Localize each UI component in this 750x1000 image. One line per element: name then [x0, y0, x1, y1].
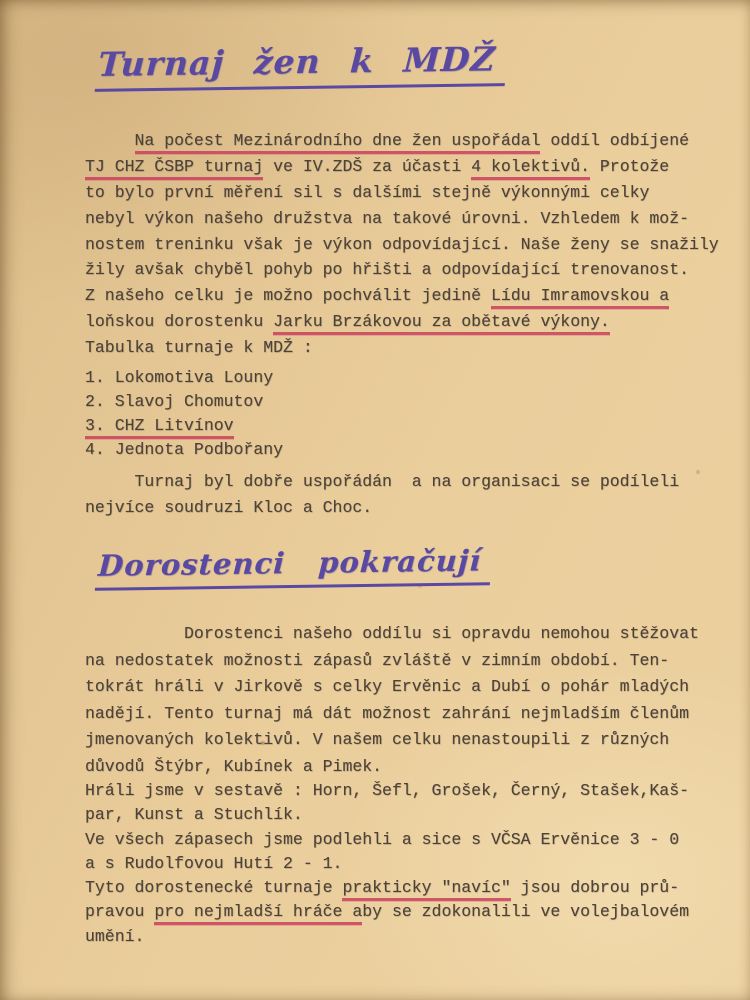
text-line: tokrát hráli v Jirkově s celky Ervěnic a…	[85, 677, 699, 704]
text-segment: na nedostatek možnosti zápasů zvláště v …	[85, 651, 669, 670]
text-line: pravou pro nejmladší hráče aby se zdokon…	[85, 902, 689, 926]
text-line: Z našeho celku je možno pochválit jedině…	[85, 286, 719, 312]
text-line: par, Kunst a Stuchlík.	[85, 805, 689, 829]
paragraph-organisers: Turnaj byl dobře uspořádán a na organisa…	[85, 472, 679, 524]
text-line: 4. Jednota Podbořany	[85, 440, 283, 464]
paragraph-women-tournament: Na počest Mezinárodního dne žen uspořáda…	[85, 131, 719, 364]
text-segment: Tyto dorostenecké turnaje	[85, 878, 342, 897]
text-line: to bylo první měření sil s dalšími stejn…	[85, 183, 719, 209]
text-segment: jmenovaných kolektivů. V našem celku nen…	[85, 730, 669, 749]
text-segment: žily avšak chyběl pohyb po hřišti a odpo…	[85, 260, 689, 279]
text-line: nebyl výkon našeho družstva na takové úr…	[85, 209, 719, 235]
text-line: Turnaj byl dobře uspořádán a na organisa…	[85, 472, 679, 498]
red-underlined-text: 3. CHZ Litvínov	[85, 416, 234, 439]
text-segment: 4. Jednota Podbořany	[85, 440, 283, 459]
heading-text: Turnaj žen k MDŽ	[95, 39, 507, 92]
text-segment: důvodů Štýbr, Kubínek a Pimek.	[85, 757, 382, 776]
text-line: Tabulka turnaje k MDŽ :	[85, 338, 719, 364]
text-segment: umění.	[85, 927, 144, 946]
text-line: Dorostenci našeho oddílu si opravdu nemo…	[85, 624, 699, 651]
text-segment: Protože	[590, 157, 669, 176]
text-line: důvodů Štýbr, Kubínek a Pimek.	[85, 757, 699, 784]
text-segment: Tabulka turnaje k MDŽ :	[85, 338, 313, 357]
text-segment: Dorostenci našeho oddílu si opravdu nemo…	[85, 624, 699, 643]
text-line: Na počest Mezinárodního dne žen uspořáda…	[85, 131, 719, 157]
text-line: TJ CHZ ČSBP turnaj ve IV.ZDŠ za účasti 4…	[85, 157, 719, 183]
red-underlined-text: Na počest Mezinárodního dne žen uspořáda…	[135, 131, 541, 154]
text-segment: Ve všech zápasech jsme podlehli a sice s…	[85, 830, 679, 849]
text-line: nadějí. Tento turnaj má dát možnost zahr…	[85, 704, 699, 731]
text-line: Tyto dorostenecké turnaje prakticky "nav…	[85, 878, 689, 902]
red-underlined-text: prakticky "navíc"	[342, 878, 510, 901]
text-line: Hráli jsme v sestavě : Horn, Šefl, Groše…	[85, 781, 689, 805]
text-line: jmenovaných kolektivů. V našem celku nen…	[85, 730, 699, 757]
text-segment: jsou dobrou prů-	[511, 878, 679, 897]
text-segment: oddíl odbíjené	[540, 131, 689, 150]
paragraph-juniors-results: Hráli jsme v sestavě : Horn, Šefl, Groše…	[85, 781, 689, 951]
handwritten-heading-juniors: Dorostenci pokračují	[96, 546, 491, 588]
text-segment: to bylo první měření sil s dalšími stejn…	[85, 183, 649, 202]
red-underlined-text: TJ CHZ ČSBP turnaj	[85, 157, 263, 180]
text-segment: nebyl výkon našeho družstva na takové úr…	[85, 209, 689, 228]
paragraph-juniors-tournament: Dorostenci našeho oddílu si opravdu nemo…	[85, 624, 699, 784]
text-line: a s Rudolfovou Hutí 2 - 1.	[85, 854, 689, 878]
text-segment: loňskou dorostenku	[85, 312, 273, 331]
text-line: umění.	[85, 927, 689, 951]
text-line: 1. Lokomotiva Louny	[85, 368, 283, 392]
scanned-document-page: Turnaj žen k MDŽ Na počest Mezinárodního…	[0, 0, 750, 1000]
red-underlined-text: pro nejmladší hráče a	[154, 902, 362, 925]
text-line: Ve všech zápasech jsme podlehli a sice s…	[85, 830, 689, 854]
text-segment	[85, 131, 135, 150]
text-line: 3. CHZ Litvínov	[85, 416, 283, 440]
red-underlined-text: Lídu Imramovskou a	[491, 286, 669, 309]
text-line: žily avšak chyběl pohyb po hřišti a odpo…	[85, 260, 719, 286]
text-line: nejvíce soudruzi Kloc a Choc.	[85, 498, 679, 524]
tournament-standings-list: 1. Lokomotiva Louny2. Slavoj Chomutov3. …	[85, 368, 283, 464]
text-segment: nadějí. Tento turnaj má dát možnost zahr…	[85, 704, 689, 723]
text-segment: 2. Slavoj Chomutov	[85, 392, 263, 411]
text-segment: tokrát hráli v Jirkově s celky Ervěnic a…	[85, 677, 689, 696]
heading-text: Dorostenci pokračují	[95, 543, 492, 591]
text-segment: Turnaj byl dobře uspořádán a na organisa…	[85, 472, 679, 491]
text-line: loňskou dorostenku Jarku Brzákovou za ob…	[85, 312, 719, 338]
text-line: 2. Slavoj Chomutov	[85, 392, 283, 416]
text-segment: Z našeho celku je možno pochválit jedině	[85, 286, 491, 305]
text-segment: par, Kunst a Stuchlík.	[85, 805, 303, 824]
text-segment: nejvíce soudruzi Kloc a Choc.	[85, 498, 372, 517]
text-segment: pravou	[85, 902, 154, 921]
handwritten-heading-women-tournament: Turnaj žen k MDŽ	[96, 42, 506, 89]
text-segment: ve IV.ZDŠ za účasti	[263, 157, 471, 176]
text-segment: 1. Lokomotiva Louny	[85, 368, 273, 387]
red-underlined-text: 4 kolektivů.	[471, 157, 590, 180]
text-segment: by se zdokonalili ve volejbalovém	[362, 902, 689, 921]
red-underlined-text: Jarku Brzákovou za obětavé výkony.	[273, 312, 610, 335]
text-line: na nedostatek možnosti zápasů zvláště v …	[85, 651, 699, 678]
text-segment: Hráli jsme v sestavě : Horn, Šefl, Groše…	[85, 781, 689, 800]
text-segment: nostem treninku však je výkon odpovídají…	[85, 235, 719, 254]
text-line: nostem treninku však je výkon odpovídají…	[85, 235, 719, 261]
text-segment: a s Rudolfovou Hutí 2 - 1.	[85, 854, 342, 873]
